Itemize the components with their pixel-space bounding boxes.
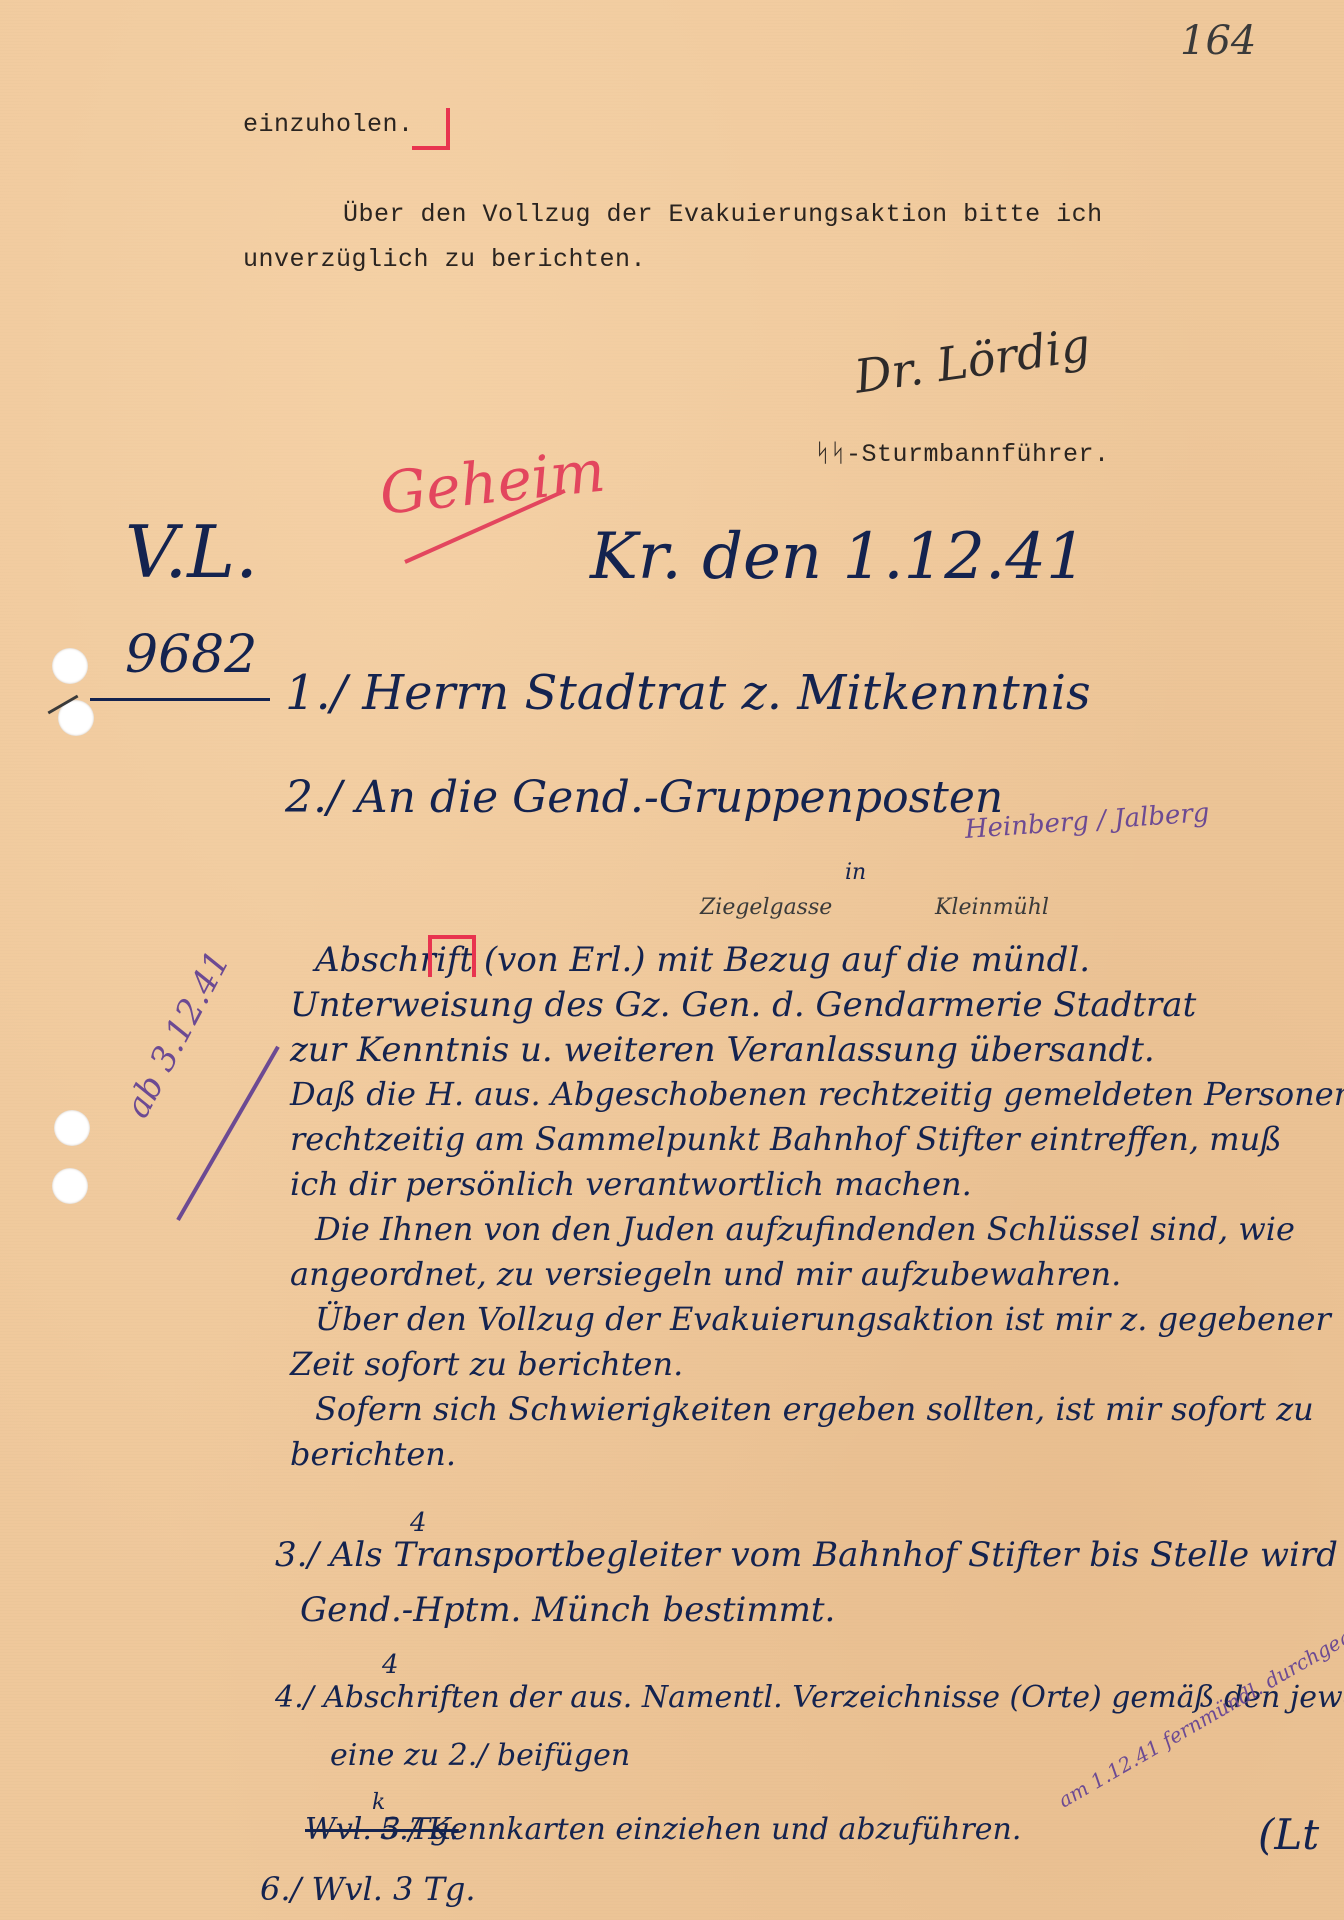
initial-bottom-right: (Lt (1258, 1810, 1319, 1859)
item-2-place-1: Ziegelgasse (700, 895, 832, 920)
margin-vl: V.L. (125, 510, 258, 594)
typed-line-einzuholen: einzuholen. (243, 110, 414, 139)
body-line: zur Kenntnis u. weiteren Veranlassung üb… (290, 1030, 1310, 1075)
body-line: Daß die H. aus. Abgeschobenen rechtzeiti… (290, 1075, 1310, 1120)
margin-number-underline (90, 698, 270, 701)
rank-title: ᛋᛋ-Sturmbannführer. (815, 440, 1110, 469)
signature: Dr. Lördig (851, 317, 1093, 403)
item-4-superscript: 4 (382, 1650, 399, 1680)
body-line: rechtzeitig am Sammelpunkt Bahnhof Stift… (290, 1120, 1310, 1165)
violet-margin-stroke (176, 1046, 279, 1221)
body-line: Unterweisung des Gz. Gen. d. Gendarmerie… (290, 985, 1310, 1030)
body-line: berichten. (290, 1435, 1310, 1480)
punch-hole (52, 1168, 88, 1204)
item-3-line-1: 3./ Als Transportbegleiter vom Bahnhof S… (275, 1535, 1338, 1575)
item-3-superscript: 4 (410, 1508, 427, 1538)
typed-paragraph-line-2: unverzüglich zu berichten. (243, 245, 646, 274)
item-5-text: 5./ Kennkarten einziehen und abzuführen. (265, 1812, 1021, 1847)
body-line: Über den Vollzug der Evakuierungsaktion … (290, 1300, 1310, 1345)
margin-number: 9682 (125, 625, 257, 685)
body-line: Zeit sofort zu berichten. (290, 1345, 1310, 1390)
body-line: angeordnet, zu versiegeln und mir aufzub… (290, 1255, 1310, 1300)
typed-paragraph-line-1: Über den Vollzug der Evakuierungsaktion … (343, 200, 1103, 229)
punch-hole (54, 1110, 90, 1146)
item-2-in: in (845, 860, 866, 885)
margin-note-ab: ab 3.12.41 (117, 944, 238, 1124)
page-number: 164 (1180, 18, 1256, 64)
red-bracket-mark (412, 108, 450, 150)
item-1: 1./ Herrn Stadtrat z. Mitkenntnis (285, 665, 1091, 721)
item-4-line-1: 4./ Abschriften der aus. Namentl. Verzei… (275, 1680, 1344, 1715)
item-4-line-2: eine zu 2./ beifügen (330, 1738, 630, 1773)
item-3-line-2: Gend.-Hptm. Münch bestimmt. (300, 1590, 835, 1630)
red-geheim-annotation: Geheim (376, 437, 608, 528)
body-line: Die Ihnen von den Juden aufzufindenden S… (290, 1210, 1310, 1255)
body-line: ich dir persönlich verantwortlich machen… (290, 1165, 1310, 1210)
punch-hole (52, 648, 88, 684)
item-6: 6./ Wvl. 3 Tg. (260, 1870, 476, 1908)
item-2-place-2: Kleinmühl (935, 895, 1049, 920)
item-2-body: Abschrift (von Erl.) mit Bezug auf die m… (290, 940, 1310, 1480)
red-bracket-mark-body (428, 935, 476, 977)
body-line: Sofern sich Schwierigkeiten ergeben soll… (290, 1390, 1310, 1435)
item-2-heading: 2./ An die Gend.-Gruppenposten (285, 772, 1003, 823)
date-line: Kr. den 1.12.41 (590, 520, 1087, 594)
